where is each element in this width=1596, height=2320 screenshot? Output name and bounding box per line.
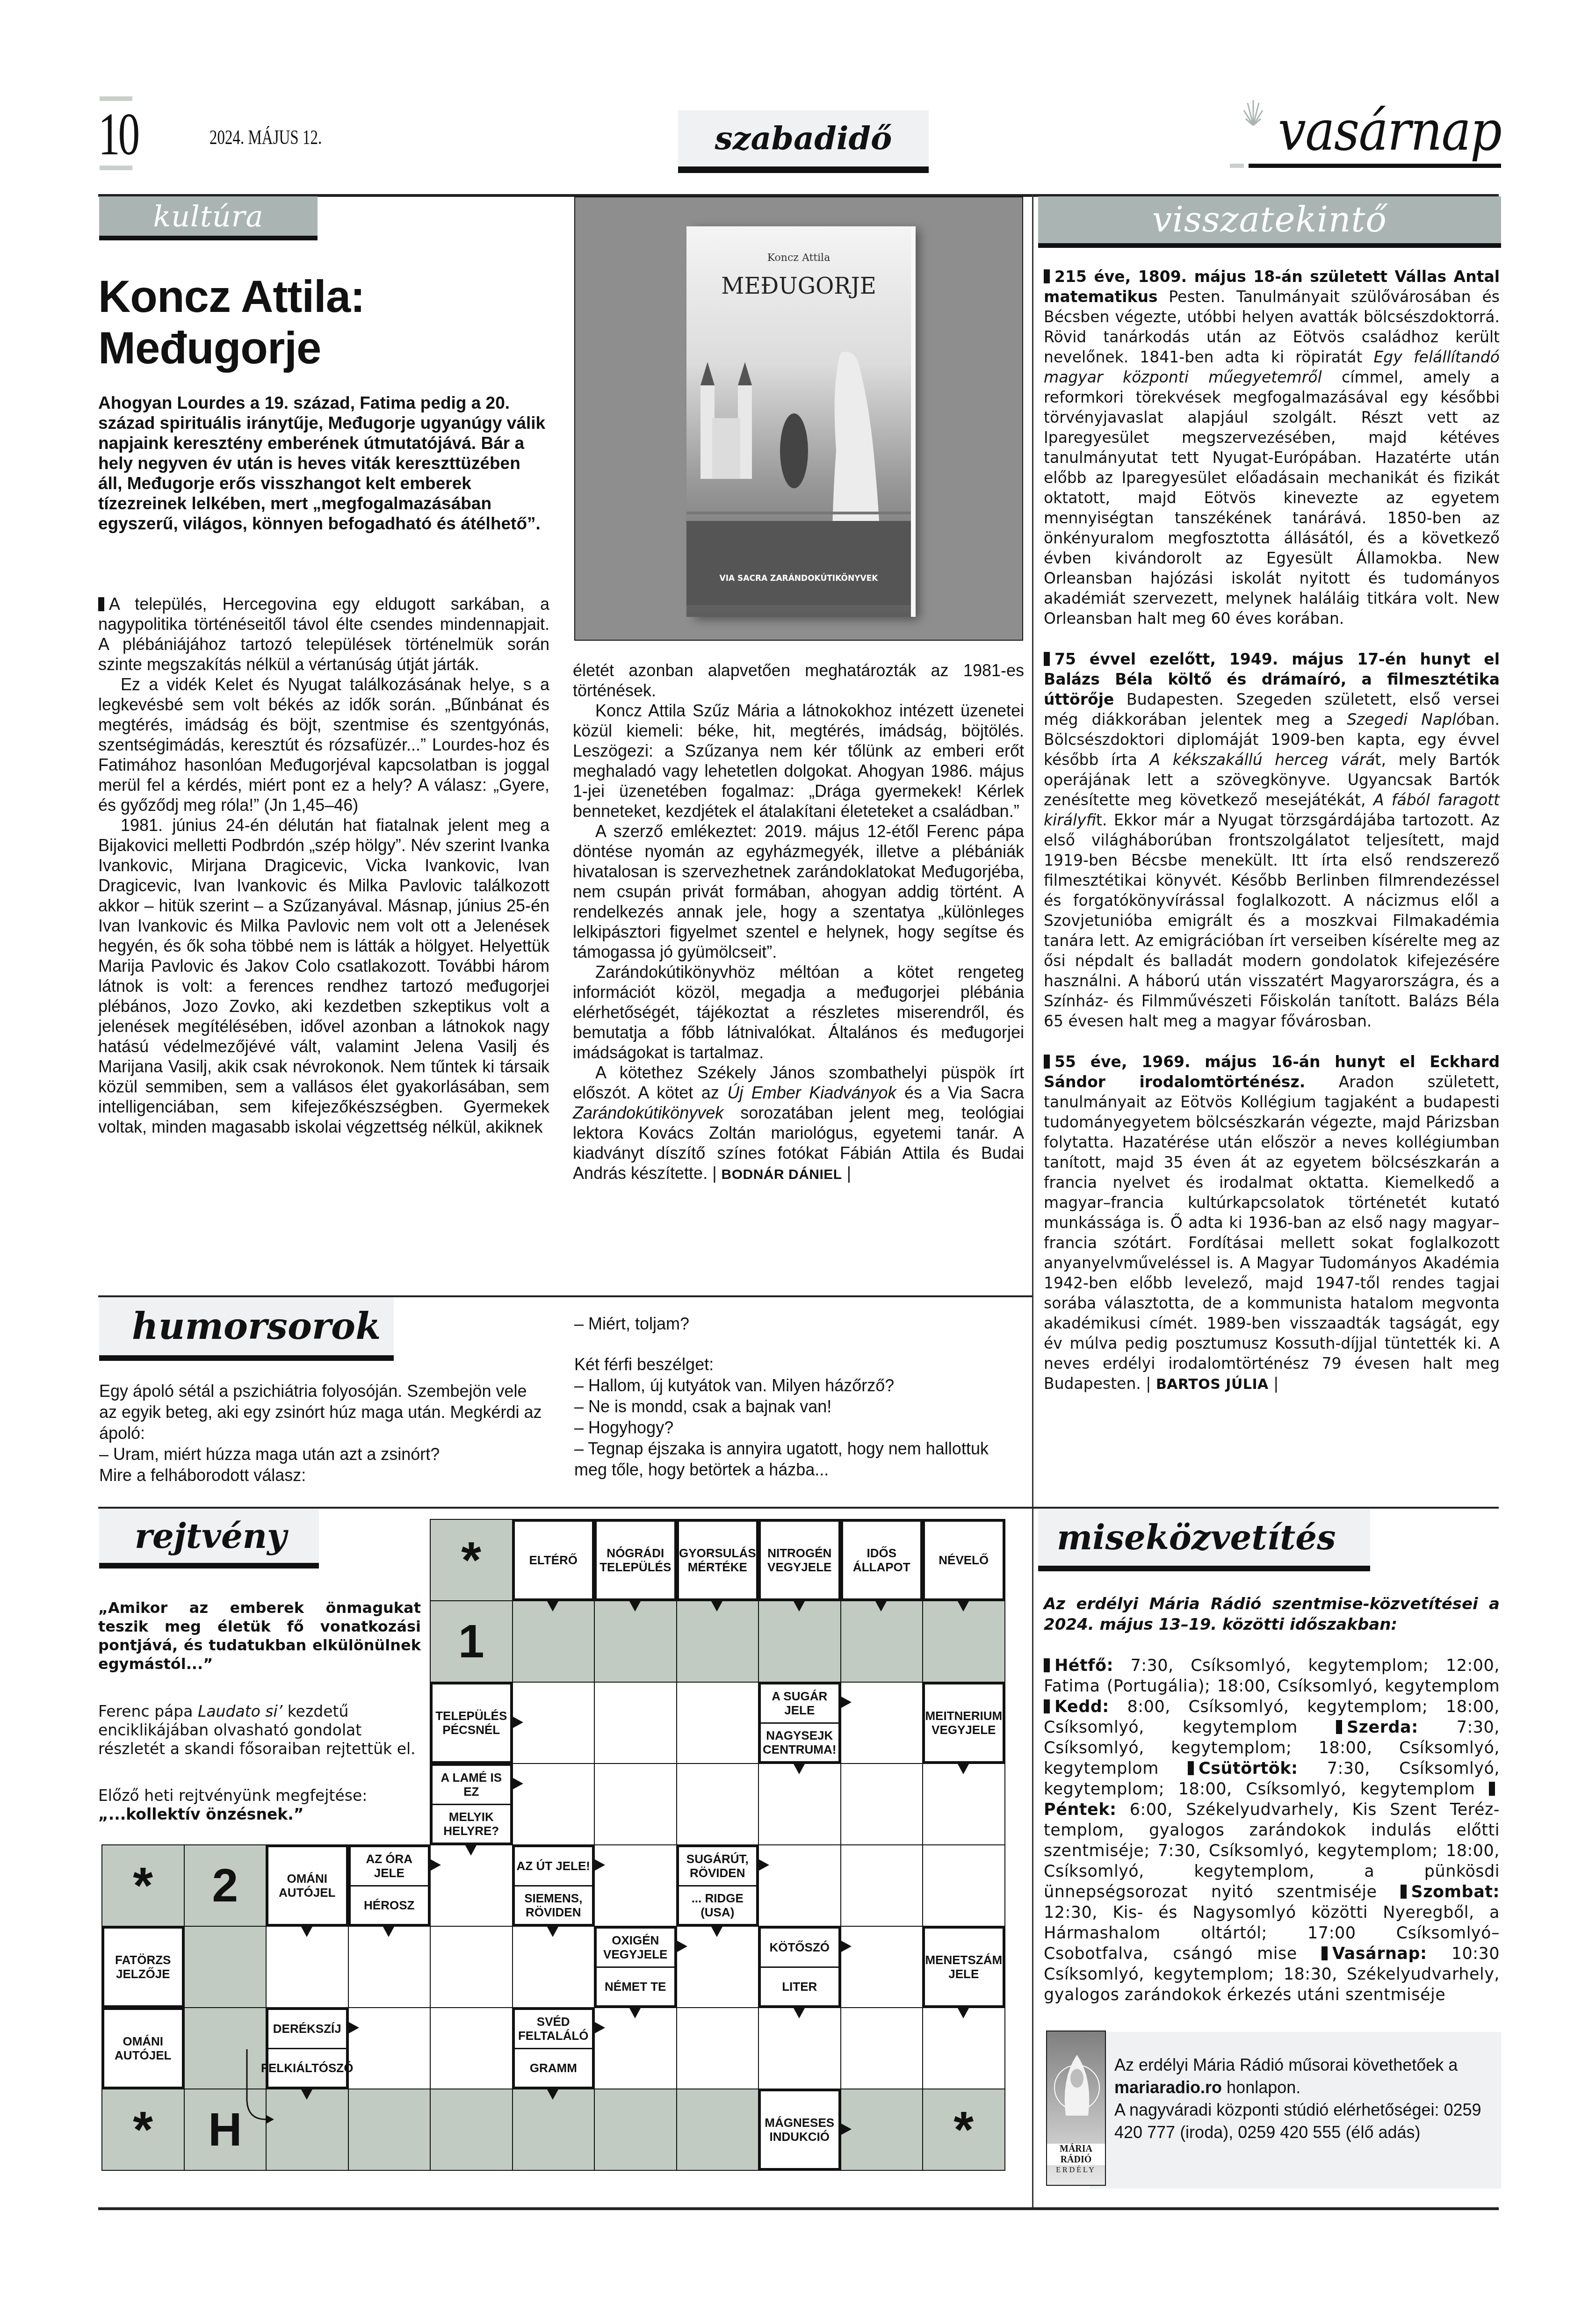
crossword-cell[interactable] <box>348 2089 431 2171</box>
bullet-icon <box>1044 269 1050 283</box>
text: honlapon. <box>1222 2078 1300 2097</box>
clue-text: NAGYSEJK CENTRUMA! <box>761 1724 838 1762</box>
crossword-marker[interactable]: 1 <box>430 1600 513 1683</box>
crossword-cell[interactable] <box>840 1926 924 2008</box>
work-title: A kékszakállú herceg várá <box>1150 751 1375 769</box>
radio-logo-sub: ERDÉLY <box>1047 2166 1105 2175</box>
day-label: Hétfő: <box>1054 1656 1113 1675</box>
arrow-right-icon <box>841 1697 852 1708</box>
crossword-cell[interactable] <box>676 1682 759 1764</box>
page-number-bar-bottom <box>100 166 132 170</box>
section-tab-kultura: kultúra <box>99 196 318 240</box>
clue-text: AZ ÚT JELE! <box>515 1847 592 1886</box>
bullet-icon <box>1489 1782 1495 1796</box>
arrow-right-icon <box>841 1941 852 1952</box>
arrow-right-icon <box>759 1859 769 1871</box>
arrow-down-icon <box>465 1845 477 1856</box>
crossword-marker[interactable] <box>184 1926 267 2008</box>
arrow-right-icon <box>841 2124 852 2135</box>
arrow-down-icon <box>711 1601 722 1612</box>
text: | <box>842 1164 851 1183</box>
crossword-clue: MENETSZÁM JELE <box>922 1926 1005 2008</box>
brand-title: vasárnap <box>1278 98 1501 163</box>
arrow-right-icon <box>349 2022 359 2033</box>
joke-2: Két férfi beszélget: – Hallom, új kutyát… <box>574 1354 1023 1480</box>
article-headline: Koncz Attila: Međugorje <box>98 271 556 374</box>
arrow-down-icon <box>547 1601 558 1612</box>
clue-text: DERÉKSZÍJ <box>268 2010 346 2049</box>
arrow-down-icon <box>547 2089 558 2100</box>
crossword-clue: NÓGRÁDI TELEPÜLÉS <box>594 1519 677 1601</box>
arrow-down-icon <box>547 1927 558 1937</box>
crossword-cell[interactable] <box>922 1844 1005 1927</box>
clue-text: ... RIDGE (USA) <box>679 1886 757 1924</box>
series-name: Zarándokútikönyvek <box>573 1103 723 1122</box>
crossword-clue: MEITNERIUM VEGYJELE <box>922 1682 1005 1764</box>
crossword-clue: OMÁNI AUTÓJEL <box>266 1844 349 1927</box>
crossword-cell[interactable] <box>266 1926 349 2008</box>
radio-logo-name: MÁRIA RÁDIÓ <box>1047 2144 1105 2165</box>
humor-tab-label: humorsorok <box>132 1305 381 1348</box>
crossword-cell[interactable] <box>348 2007 431 2089</box>
arrow-down-icon <box>958 1601 969 1612</box>
arrow-right-icon <box>595 1859 605 1871</box>
clue-text: HÉROSZ <box>351 1886 428 1924</box>
joke-line: Egy ápoló sétál a pszichiátria folyosójá… <box>99 1380 543 1444</box>
crossword-cell[interactable] <box>594 1682 677 1764</box>
crossword-clue: A LAMÉ IS EZMELYIK HELYRE? <box>430 1763 513 1845</box>
arrow-down-icon <box>794 1601 805 1612</box>
crossword-clue: DERÉKSZÍJFELKIÁLTÓSZÓ <box>266 2007 349 2089</box>
crossword-clue: A SUGÁR JELENAGYSEJK CENTRUMA! <box>758 1682 841 1764</box>
anniversaries-list: 215 éve, 1809. május 18-án született Vál… <box>1044 267 1500 1415</box>
book-author: Koncz Attila <box>686 252 911 264</box>
clue-text: A LAMÉ IS EZ <box>433 1766 510 1805</box>
joke-line: – Hogyhogy? <box>574 1417 1023 1438</box>
paragraph: 1981. június 24-én délután hat fiatalnak… <box>98 815 549 1137</box>
crossword-clue: SVÉD FELTALÁLÓGRAMM <box>512 2007 595 2089</box>
crossword-marker[interactable]: * <box>101 2089 185 2171</box>
sunburst-icon <box>1243 98 1264 126</box>
headline-line-2: Međugorje <box>98 323 556 374</box>
crossword-clue: KÖTŐSZÓLITER <box>758 1926 841 2008</box>
crossword-cell[interactable] <box>840 1844 924 1927</box>
arrow-right-icon <box>513 1717 523 1728</box>
crossword-cell[interactable] <box>758 1763 841 1845</box>
crossword-cell[interactable] <box>840 2007 924 2089</box>
crossword-cell[interactable] <box>594 2089 677 2171</box>
crossword-cell[interactable] <box>512 1682 595 1764</box>
paragraph: A szerző emlékeztet: 2019. május 12-étől… <box>573 821 1024 962</box>
clue-text: FELKIÁLTÓSZÓ <box>268 2049 346 2087</box>
paragraph: életét azonban alapvetően meghatározták … <box>573 660 1024 701</box>
day-label: Kedd: <box>1054 1698 1109 1716</box>
crossword-cell[interactable] <box>840 1600 924 1683</box>
brand-logo: vasárnap <box>1230 98 1501 168</box>
crossword-cell[interactable] <box>758 2007 841 2089</box>
arrow-right-icon <box>513 1778 523 1789</box>
paragraph: Ez a vidék Kelet és Nyugat találkozásána… <box>98 674 549 815</box>
crossword-cell[interactable] <box>594 1763 677 1845</box>
mass-schedule: Hétfő: 7:30, Csíksomlyó, kegytemplom; 12… <box>1044 1655 1500 2005</box>
crossword-cell[interactable] <box>676 1763 759 1845</box>
clue-text: OXIGÉN VEGYJELE <box>597 1929 674 1968</box>
clue-text: SVÉD FELTALÁLÓ <box>515 2010 592 2049</box>
joke-line: – Tegnap éjszaka is annyira ugatott, hog… <box>574 1438 1023 1480</box>
text: | <box>1269 1374 1279 1393</box>
arrow-down-icon <box>629 2008 641 2018</box>
bullet-icon <box>1044 1055 1050 1069</box>
joke-line: – Uram, miért húzza maga után azt a zsin… <box>99 1444 543 1465</box>
book-series: VIA SACRA ZARÁNDOKÚTIKÖNYVEK <box>719 574 878 583</box>
crossword-clue: FATÖRZS JELZŐJE <box>101 1926 185 2008</box>
crossword-cell[interactable] <box>922 1763 1005 1845</box>
arrow-down-icon <box>629 1601 641 1612</box>
clue-text: NÉMET TE <box>597 1968 674 2006</box>
crossword-marker[interactable]: 2 <box>184 1844 267 1927</box>
crossword-cell[interactable] <box>430 1926 513 2008</box>
joke-1-punchline: – Miért, toljam? <box>574 1313 1023 1334</box>
joke-line: – Hallom, új kutyátok van. Milyen házőrz… <box>574 1375 1023 1396</box>
anniversary-item: 55 éve, 1969. május 16-án hunyt el Eckha… <box>1044 1052 1500 1395</box>
crossword-cell[interactable] <box>512 1600 595 1683</box>
author-signature: BARTOS JÚLIA <box>1156 1376 1269 1393</box>
paragraph: Zarándokútikönyvhöz méltóan a kötet reng… <box>573 962 1024 1062</box>
section-tab-szabadido: szabadidő <box>678 110 929 173</box>
crossword-cell[interactable] <box>594 1600 677 1683</box>
anniversary-item: 75 évvel ezelőtt, 1949. május 17-én huny… <box>1044 649 1500 1031</box>
text: címmel, amely a reformkori törekvések me… <box>1044 368 1500 628</box>
day-label: Csütörtök: <box>1199 1759 1298 1778</box>
mise-tab-label: miseközvetítés <box>1057 1518 1336 1557</box>
bullet-icon <box>1044 1658 1050 1672</box>
bullet-icon <box>1044 652 1050 666</box>
curved-arrow-icon <box>238 2049 275 2124</box>
section-title: szabadidő <box>715 120 892 157</box>
mass-intro: Az erdélyi Mária Rádió szentmise-közvetí… <box>1044 1594 1500 1635</box>
crossword-cell[interactable] <box>922 2007 1005 2089</box>
column-divider <box>1032 194 1033 2210</box>
crossword-clue: AZ ÚT JELE!SIEMENS, RÖVIDEN <box>512 1844 595 1927</box>
clue-text: SUGÁRÚT, RÖVIDEN <box>679 1847 757 1886</box>
section-tab-visszatekinto: visszatekintő <box>1038 196 1501 248</box>
kultura-tab-label: kultúra <box>153 199 264 233</box>
madonna-icon <box>1052 2041 1102 2134</box>
crossword-clue: OXIGÉN VEGYJELENÉMET TE <box>594 1926 677 2008</box>
radio-contact: A nagyváradi központi stúdió elérhetőség… <box>1114 2100 1481 2142</box>
headline-line-1: Koncz Attila: <box>98 271 556 323</box>
publisher-name: Új Ember Kiadványok <box>727 1083 896 1102</box>
author-signature: BODNÁR DÁNIEL <box>722 1167 842 1182</box>
crossword-cell[interactable] <box>676 1926 759 2008</box>
book-cover: Koncz Attila MEĐUGORJE VIA SACRA ZARÁNDO… <box>686 226 911 617</box>
day-label: Szombat: <box>1411 1883 1500 1901</box>
crossword-clue: IDŐS ÁLLAPOT <box>840 1519 924 1601</box>
brand-rule-accent <box>1230 164 1244 168</box>
crossword-clue: SUGÁRÚT, RÖVIDEN... RIDGE (USA) <box>676 1844 759 1927</box>
text: t. Ekkor már a Nyugat törzsgárdájába tar… <box>1044 811 1500 1030</box>
bullet-icon <box>1044 1699 1050 1713</box>
work-title: Szegedi Napló <box>1347 710 1466 729</box>
crossword-clue: MÁGNESES INDUKCIÓ <box>758 2089 841 2171</box>
crossword-cell[interactable] <box>840 2089 924 2171</box>
clue-text: KÖTŐSZÓ <box>761 1929 838 1968</box>
arrow-down-icon <box>301 2089 312 2100</box>
crossword-marker[interactable]: * <box>922 2089 1005 2171</box>
joke-line: – Ne is mondd, csak a bajnak van! <box>574 1396 1023 1417</box>
crossword-cell[interactable] <box>430 1844 513 1927</box>
arrow-right-icon <box>431 1859 441 1871</box>
crossword-cell[interactable] <box>266 2089 349 2171</box>
crossword-marker[interactable]: * <box>430 1519 513 1601</box>
crossword-cell[interactable] <box>430 2089 513 2171</box>
crossword-cell[interactable] <box>676 2089 759 2171</box>
radio-info-text: Az erdélyi Mária Rádió műsorai követhető… <box>1114 2054 1488 2144</box>
day-label: Vasárnap: <box>1332 1944 1427 1963</box>
crossword-marker[interactable]: * <box>101 1844 185 1927</box>
paragraph: A kötethez Székely János szombathelyi pü… <box>573 1062 1024 1185</box>
article-lead: Ahogyan Lourdes a 19. század, Fatima ped… <box>98 393 547 534</box>
crossword-cell[interactable] <box>594 1844 677 1927</box>
crossword-cell[interactable] <box>348 1926 431 2008</box>
crossword-cell[interactable] <box>430 2007 513 2089</box>
article-column-1: A település, Hercegovina egy eldugott sa… <box>98 594 549 1137</box>
crossword-cell[interactable] <box>758 1600 841 1683</box>
crossword-clue: TELEPÜLÉS PÉCSNÉL <box>430 1682 513 1764</box>
arrow-right-icon <box>677 1941 687 1952</box>
book-title: MEĐUGORJE <box>686 273 911 299</box>
paragraph: Koncz Attila Szűz Mária a látnokokhoz in… <box>573 701 1024 821</box>
crossword-cell[interactable] <box>512 1926 595 2008</box>
arrow-down-icon <box>301 1927 312 1937</box>
joke-line: Két férfi beszélget: <box>574 1354 1023 1375</box>
page-number: 10 <box>98 104 138 165</box>
crossword-cell[interactable] <box>676 2007 759 2089</box>
crossword-cell[interactable] <box>512 1763 595 1845</box>
joke-line: Mire a felháborodott válasz: <box>99 1465 543 1486</box>
crossword-cell[interactable] <box>512 2089 595 2171</box>
crossword-clue: NÉVELŐ <box>922 1519 1005 1601</box>
maria-radio-logo: MÁRIA RÁDIÓ ERDÉLY <box>1046 2031 1106 2186</box>
text: és a Via Sacra <box>896 1083 1024 1102</box>
crossword-clue: OMÁNI AUTÓJEL <box>101 2007 185 2089</box>
arrow-down-icon <box>875 1601 887 1612</box>
footer-rule <box>98 2207 1499 2210</box>
crossword-grid[interactable]: *ELTÉRŐNÓGRÁDI TELEPÜLÉSGYORSULÁS MÉRTÉK… <box>101 1519 1004 2169</box>
church-illustration <box>686 334 911 605</box>
arrow-down-icon <box>711 1927 722 1937</box>
arrow-down-icon <box>383 1927 394 1937</box>
clue-text: LITER <box>761 1968 838 2006</box>
day-label: Szerda: <box>1347 1718 1418 1737</box>
bullet-icon <box>1336 1720 1342 1734</box>
crossword-cell[interactable] <box>922 1600 1005 1683</box>
section-tab-humorsorok: humorsorok <box>99 1297 394 1361</box>
anniversary-item: 215 éve, 1809. május 18-án született Vál… <box>1044 267 1500 629</box>
bullet-icon <box>1322 1946 1328 1960</box>
joke-1: Egy ápoló sétál a pszichiátria folyosójá… <box>99 1380 543 1486</box>
crossword-clue: NITROGÉN VEGYJELE <box>758 1519 841 1601</box>
bullet-icon <box>98 597 104 611</box>
crossword-cell[interactable] <box>676 1600 759 1683</box>
issue-date: 2024. MÁJUS 12. <box>209 125 322 149</box>
clue-text: SIEMENS, RÖVIDEN <box>515 1886 592 1924</box>
clue-text: MELYIK HELYRE? <box>433 1805 510 1843</box>
bullet-icon <box>1401 1885 1407 1899</box>
crossword-cell[interactable] <box>840 1763 924 1845</box>
clue-text: GRAMM <box>515 2049 592 2087</box>
arrow-down-icon <box>794 1764 805 1774</box>
day-label: Péntek: <box>1044 1800 1117 1819</box>
text: Az erdélyi Mária Rádió műsorai követhető… <box>1114 2055 1458 2074</box>
arrow-down-icon <box>794 2008 805 2018</box>
bullet-icon <box>1188 1761 1194 1775</box>
visszatekinto-tab-label: visszatekintő <box>1152 200 1387 240</box>
crossword-cell[interactable] <box>594 2007 677 2089</box>
brand-rule <box>1249 164 1501 168</box>
arrow-down-icon <box>958 1764 969 1774</box>
section-tab-misekozvetites: miseközvetítés <box>1038 1509 1370 1571</box>
book-cover-photo: Koncz Attila MEĐUGORJE VIA SACRA ZARÁNDO… <box>574 196 1023 641</box>
clue-text: A SUGÁR JELE <box>761 1684 838 1724</box>
paragraph: A település, Hercegovina egy eldugott sa… <box>98 594 549 674</box>
crossword-clue: GYORSULÁS MÉRTÉKE <box>676 1519 759 1601</box>
text: Aradon született, tanulmányait az Eötvös… <box>1044 1073 1500 1393</box>
crossword-cell[interactable] <box>840 1682 924 1764</box>
arrow-right-icon <box>595 2022 605 2033</box>
crossword-clue: ELTÉRŐ <box>512 1519 595 1601</box>
crossword-cell[interactable] <box>758 1844 841 1927</box>
article-column-2: életét azonban alapvetően meghatározták … <box>573 660 1024 1185</box>
arrow-down-icon <box>958 2008 969 2018</box>
radio-website-link[interactable]: mariaradio.ro <box>1114 2078 1222 2097</box>
crossword-clue: AZ ÓRA JELEHÉROSZ <box>348 1844 431 1927</box>
clue-text: AZ ÓRA JELE <box>351 1847 428 1886</box>
book-series-band: VIA SACRA ZARÁNDOKÚTIKÖNYVEK <box>686 568 911 589</box>
